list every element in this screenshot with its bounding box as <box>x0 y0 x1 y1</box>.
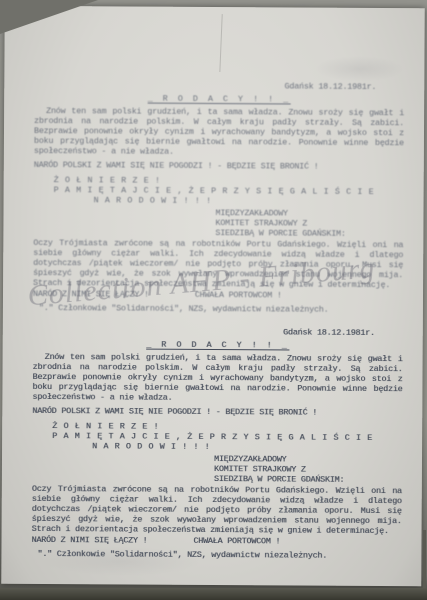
leaflet-title: _ R O D A C Y ! ! _ <box>34 93 404 105</box>
slogan-glory: CHWAŁA PORTOWCOM ! <box>195 290 282 301</box>
scan-edge-bottom <box>0 588 427 600</box>
slogan-row: NARÓD Z NIMI SIĘ ŁĄCZY ! CHWAŁA PORTOWCO… <box>31 535 401 547</box>
leaflet-copy-top: Gdańsk 18.12.1981r. _ R O D A C Y ! ! _ … <box>33 80 404 315</box>
leaflet-copy-bottom: Gdańsk 18.12.1981r. _ R O D A C Y ! ! _ … <box>31 326 402 561</box>
paragraph-port: Oczy Trójmiasta zwrócone są na robotnikó… <box>33 238 403 290</box>
slogan-defiance: NARÓD POLSKI Z WAMI SIĘ NIE POGODZI ! - … <box>34 160 404 172</box>
slogan-row: NARÓD Z NIMI SIĘ ŁĄCZY ! CHWAŁA PORTOWCO… <box>33 289 403 301</box>
scan-edge-right <box>423 530 426 588</box>
appeal-to-soldiers: Ż O Ł N I E R Z E ! P A M I Ę T A J C I … <box>54 175 404 207</box>
paragraph-port: Oczy Trójmiasta zwrócone są na robotnikó… <box>32 484 402 536</box>
leaflet-title: _ R O D A C Y ! ! _ <box>33 339 403 351</box>
slogan-unity: NARÓD Z NIMI SIĘ ŁĄCZY ! <box>31 535 147 546</box>
strike-committee-block: MIĘDZYZAKŁADOWY KOMITET STRAJKOWY Z SIED… <box>214 454 402 485</box>
slogan-defiance: NARÓD POLSKI Z WAMI SIĘ NIE POGODZI ! - … <box>32 406 402 418</box>
paragraph-intro: Znów ten sam polski grudzień, i ta sama … <box>32 352 402 404</box>
paper-smudge <box>314 56 404 83</box>
committee-line: SIEDZIBĄ W PORCIE GDAŃSKIM: <box>215 228 403 239</box>
paragraph-intro: Znów ten sam polski grudzień, i ta sama … <box>34 106 404 158</box>
dateline: Gdańsk 18.12.1981r. <box>34 80 404 92</box>
paper-crease <box>219 14 222 72</box>
dateline: Gdańsk 18.12.1981r. <box>33 326 403 338</box>
footnote-signatories: "." Członkowie "Solidarności", NZS, wyda… <box>31 549 401 561</box>
slogan-glory: CHWAŁA PORTOWCOM ! <box>193 536 280 547</box>
committee-line: SIEDZIBĄ W PORCIE GDAŃSKIM: <box>214 474 402 485</box>
scanned-page: Gdańsk 18.12.1981r. _ R O D A C Y ! ! _ … <box>0 0 427 600</box>
paper-sheet: Gdańsk 18.12.1981r. _ R O D A C Y ! ! _ … <box>1 6 425 587</box>
strike-committee-block: MIĘDZYZAKŁADOWY KOMITET STRAJKOWY Z SIED… <box>215 208 403 239</box>
slogan-unity: NARÓD Z NIMI SIĘ ŁĄCZY ! <box>33 289 149 300</box>
footnote-signatories: "." Członkowie "Solidarności", NZS, wyda… <box>33 303 403 315</box>
appeal-line: N A R O D O W I ! ! ! <box>92 441 402 453</box>
appeal-line: N A R O D O W I ! ! ! <box>94 195 404 207</box>
appeal-to-soldiers: Ż O Ł N I E R Z E ! P A M I Ę T A J C I … <box>52 421 402 453</box>
